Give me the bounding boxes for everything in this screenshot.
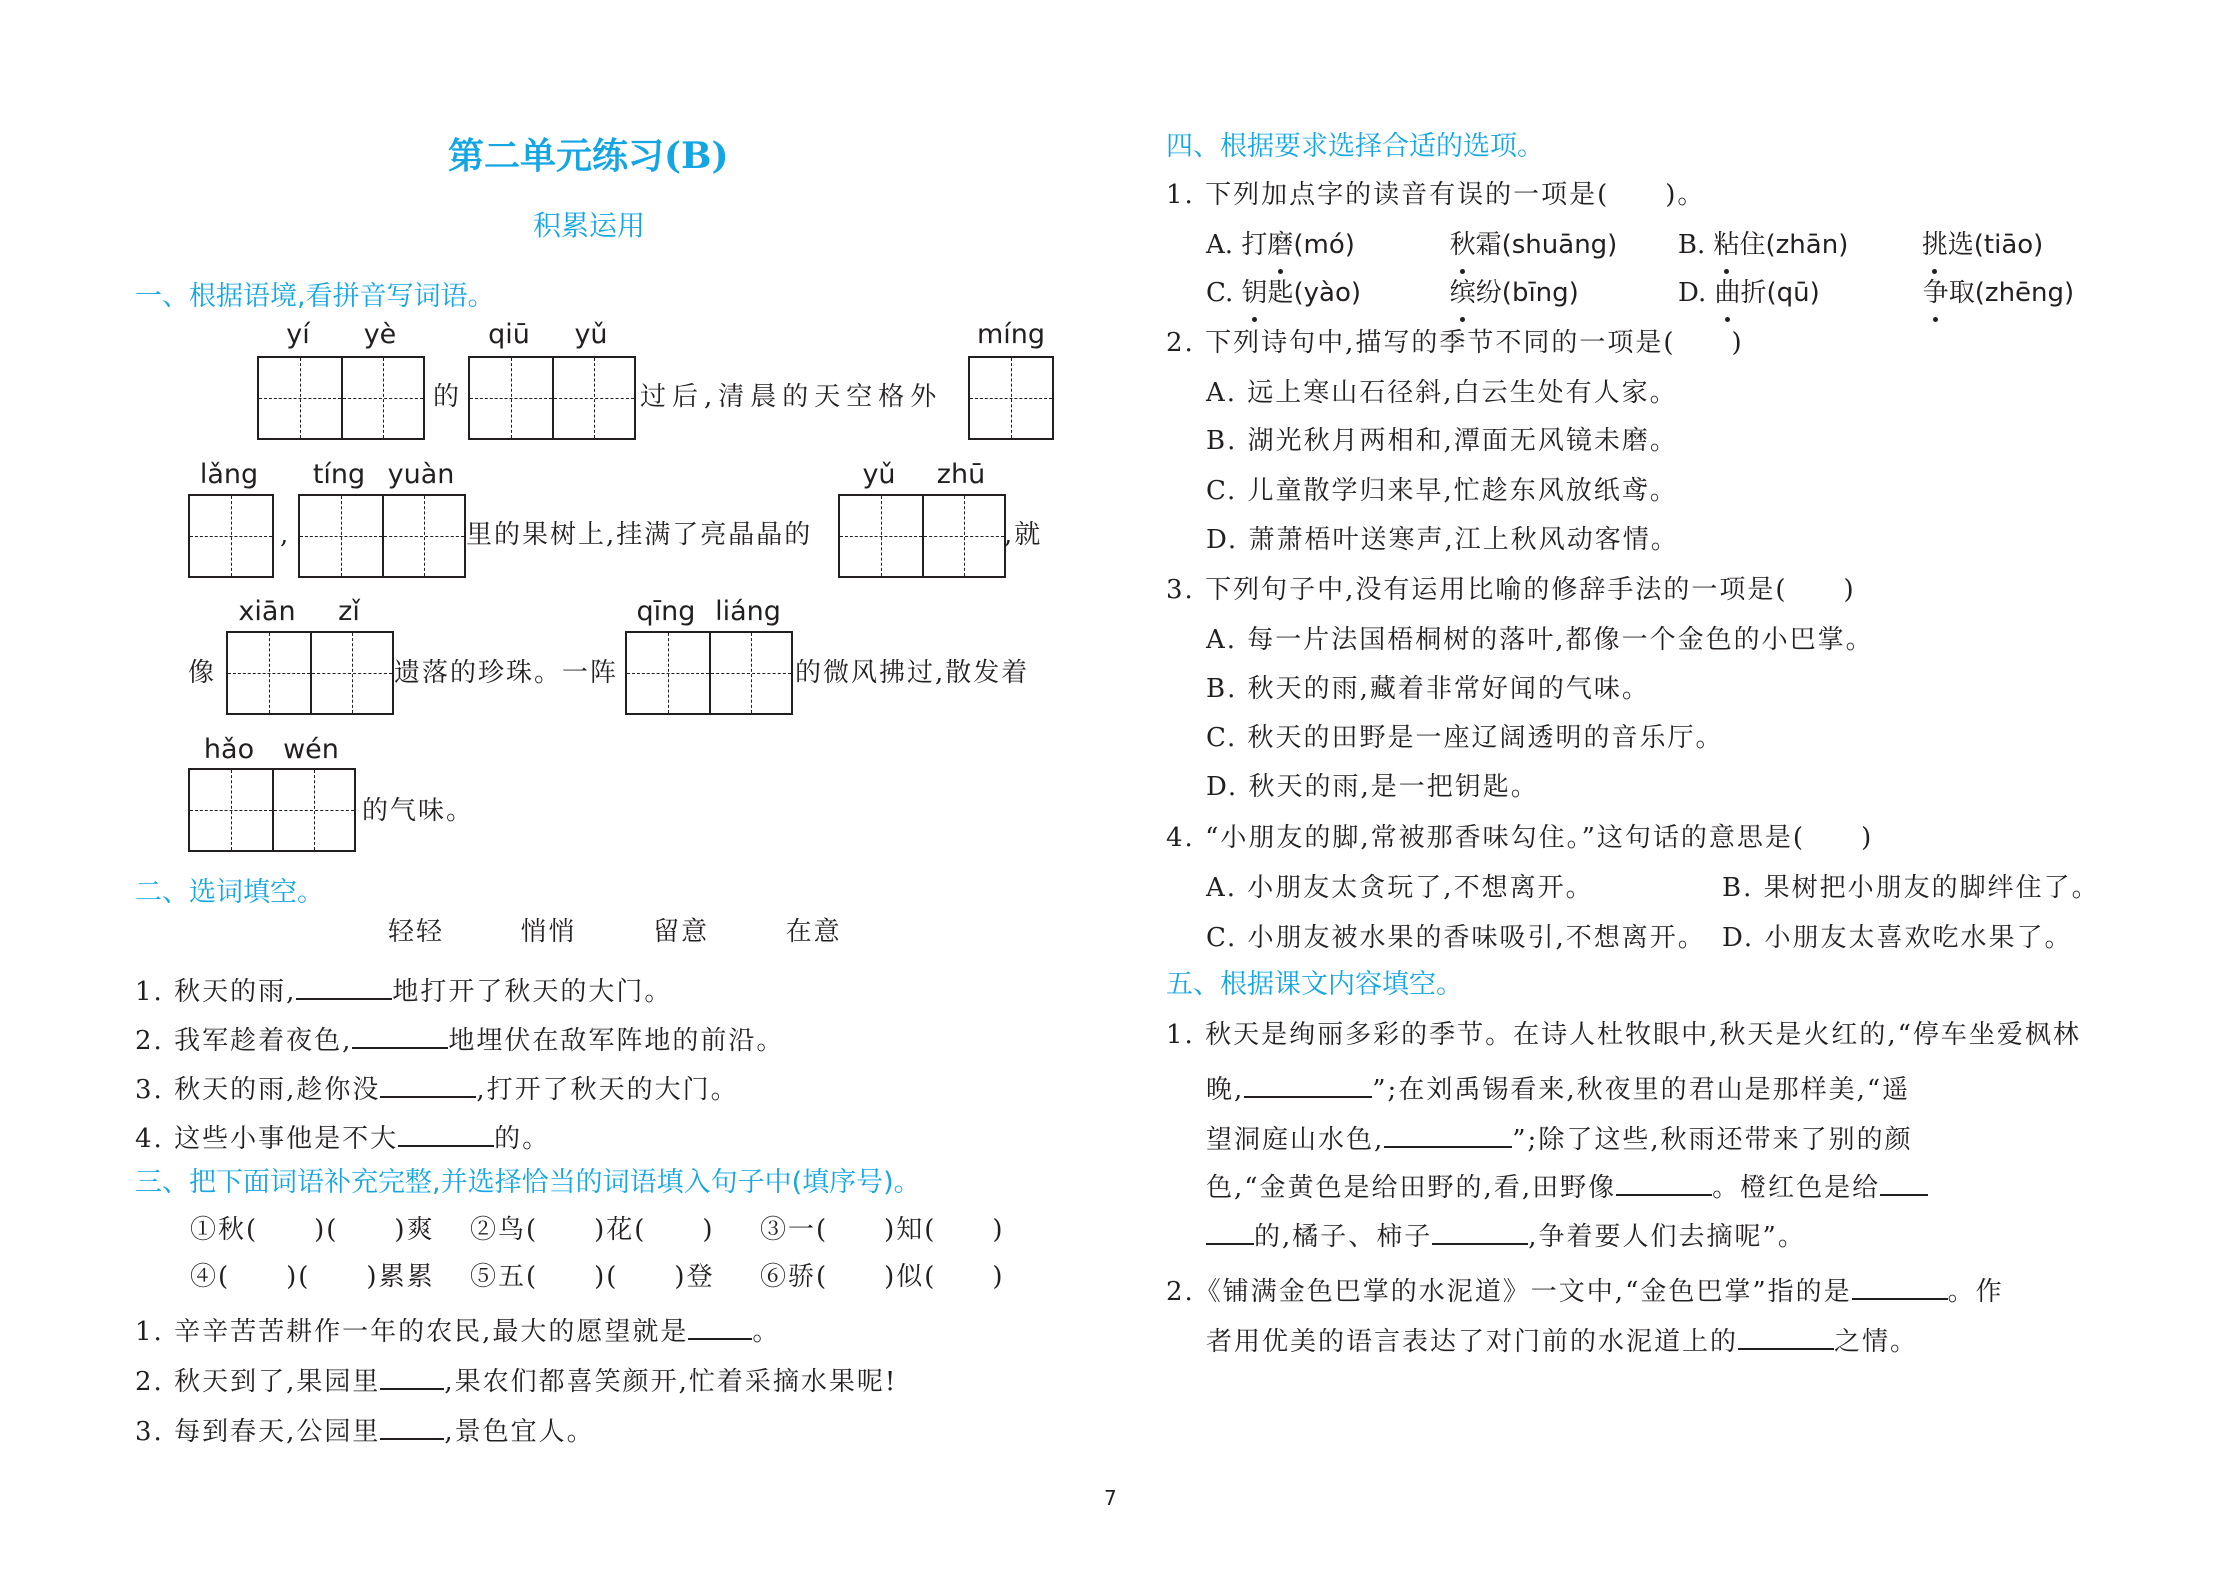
word-pinyin: 粘住(zhān) <box>1713 228 1913 262</box>
option[interactable]: D. 小朋友太喜欢吃水果了。 <box>1722 921 2072 955</box>
option[interactable]: B. 果树把小朋友的脚绊住了。 <box>1722 871 2100 905</box>
section4-heading: 四、根据要求选择合适的选项。 <box>1166 130 1544 164</box>
word-bank-item: 轻轻 <box>388 917 444 947</box>
fill-item: 3. 每到春天,公园里,景色宜人。 <box>135 1410 595 1449</box>
idiom-row-1: ①秋( )( )爽②鸟( )花( )③一( )知( ) <box>190 1213 1005 1247</box>
question-stem: 3. 下列句子中,没有运用比喻的修辞手法的一项是( ) <box>1166 573 1856 607</box>
pinyin-label: hǎo <box>188 735 270 765</box>
idiom-item[interactable]: ⑤五( )( )登 <box>470 1260 760 1294</box>
pinyin-label: yǔ <box>550 320 632 350</box>
writing-grid[interactable] <box>298 494 466 578</box>
word-bank-item: 悄悄 <box>521 917 577 947</box>
item-text: ,景色宜人。 <box>444 1417 594 1447</box>
word-bank-item: 在意 <box>786 917 842 947</box>
fill-item: 1. 秋天的雨,地打开了秋天的大门。 <box>135 970 672 1009</box>
option-label[interactable]: D. <box>1678 278 1706 308</box>
item-number: 1. <box>135 1317 164 1347</box>
item-text: ,打开了秋天的大门。 <box>476 1075 738 1105</box>
option[interactable]: A. 每一片法国梧桐树的落叶,都像一个金色的小巴掌。 <box>1206 623 1874 657</box>
word-bank: 轻轻 悄悄 留意 在意 <box>388 915 842 949</box>
dotted-char: 缤 <box>1450 276 1476 310</box>
answer-blank[interactable] <box>1244 1068 1372 1098</box>
question-stem: 4. “小朋友的脚,常被那香味勾住。”这句话的意思是( ) <box>1166 821 1873 855</box>
sentence-text: 的 <box>433 380 461 414</box>
option-label[interactable]: B. <box>1678 230 1705 260</box>
sentence-text: ,就 <box>1004 518 1042 552</box>
item-text: 者用优美的语言表达了对门前的水泥道上的 <box>1206 1327 1738 1357</box>
dotted-char: 秋 <box>1450 228 1476 262</box>
sentence-text: 的气味。 <box>362 794 474 828</box>
sentence-text: 遗落的珍珠。一阵 <box>394 656 618 690</box>
idiom-item[interactable]: ⑥骄( )似( ) <box>760 1262 1005 1292</box>
option[interactable]: B. 湖光秋月两相和,潭面无风镜未磨。 <box>1206 424 1678 458</box>
item-text: 辛辛苦苦耕作一年的农民,最大的愿望就是 <box>174 1317 688 1347</box>
fill-item: 3. 秋天的雨,趁你没,打开了秋天的大门。 <box>135 1068 739 1107</box>
pinyin-label: yí <box>257 320 339 350</box>
item-number: 4. <box>135 1124 164 1154</box>
pinyin: (tiāo) <box>1974 230 2044 260</box>
item-text: 地埋伏在敌军阵地的前沿。 <box>448 1026 784 1056</box>
answer-blank[interactable] <box>296 970 392 1000</box>
char: 选 <box>1948 230 1974 260</box>
fill-line: 1. 秋天是绚丽多彩的季节。在诗人杜牧眼中,秋天是火红的,“停车坐爱枫林 <box>1166 1018 2081 1052</box>
fill-item: 2. 我军趁着夜色,地埋伏在敌军阵地的前沿。 <box>135 1019 784 1058</box>
item-text: 每到春天,公园里 <box>174 1417 380 1447</box>
option[interactable]: A. 小朋友太贪玩了,不想离开。 <box>1206 871 1594 905</box>
item-text: 我军趁着夜色, <box>174 1026 352 1056</box>
writing-grid[interactable] <box>257 356 425 440</box>
char: 折 <box>1741 278 1767 308</box>
item-text: ”;除了这些,秋雨还带来了别的颜 <box>1512 1125 1912 1155</box>
item-text: ”;在刘禹锡看来,秋夜里的君山是那样美,“遥 <box>1372 1075 1910 1105</box>
idiom-item[interactable]: ①秋( )( )爽 <box>190 1213 470 1247</box>
pinyin-label: wén <box>270 735 352 765</box>
item-text: 这些小事他是不大 <box>174 1124 398 1154</box>
section5-heading: 五、根据课文内容填空。 <box>1166 968 1463 1002</box>
answer-blank[interactable] <box>1852 1270 1948 1300</box>
item-text: 地打开了秋天的大门。 <box>392 977 672 1007</box>
item-number: 3. <box>135 1417 164 1447</box>
item-number: 3. <box>135 1075 164 1105</box>
idiom-row-2: ④( )( )累累⑤五( )( )登⑥骄( )似( ) <box>190 1260 1005 1294</box>
option[interactable]: B. 秋天的雨,藏着非常好闻的气味。 <box>1206 672 1650 706</box>
writing-grid[interactable] <box>838 494 1006 578</box>
word-pinyin: 争取(zhēng) <box>1923 278 2074 308</box>
pinyin: (yào) <box>1294 278 1362 308</box>
word-bank-item: 留意 <box>653 917 709 947</box>
fill-line: 者用优美的语言表达了对门前的水泥道上的之情。 <box>1206 1320 1918 1359</box>
section1-heading: 一、根据语境,看拼音写词语。 <box>135 280 495 314</box>
writing-grid[interactable] <box>468 356 636 440</box>
idiom-item[interactable]: ③一( )知( ) <box>760 1215 1005 1245</box>
char: 打 <box>1241 230 1267 260</box>
word-pinyin: 挑选(tiāo) <box>1922 230 2044 260</box>
fill-line: 晚,”;在刘禹锡看来,秋夜里的君山是那样美,“遥 <box>1206 1068 1910 1107</box>
answer-blank[interactable] <box>1738 1320 1834 1350</box>
answer-blank[interactable] <box>352 1019 448 1049</box>
item-number: 2. <box>135 1026 164 1056</box>
dotted-char: 粘 <box>1713 228 1739 262</box>
sentence-text: 里的果树上,挂满了亮晶晶的 <box>466 518 812 552</box>
pinyin-label: yè <box>339 320 421 350</box>
answer-blank[interactable] <box>1880 1166 1928 1196</box>
idiom-item[interactable]: ④( )( )累累 <box>190 1260 470 1294</box>
answer-blank[interactable] <box>688 1310 752 1340</box>
word-pinyin: 曲折(qū) <box>1714 276 1914 310</box>
answer-blank[interactable] <box>380 1360 444 1390</box>
char: 纷 <box>1476 278 1502 308</box>
word-pinyin: 打磨(mó) <box>1241 228 1441 262</box>
writing-grid[interactable] <box>625 631 793 715</box>
writing-grid[interactable] <box>188 768 356 852</box>
item-text: 望洞庭山水色, <box>1206 1125 1384 1155</box>
pinyin-label: qīng <box>625 597 707 627</box>
option-row-ab: A. 打磨(mó) 秋霜(shuāng) B. 粘住(zhān) 挑选(tiāo… <box>1206 228 2043 262</box>
word-pinyin: 缤纷(bīng) <box>1450 276 1670 310</box>
answer-blank[interactable] <box>398 1117 494 1147</box>
pinyin: (mó) <box>1293 230 1355 260</box>
page-number: 7 <box>1104 1486 1117 1510</box>
item-text: ,争着要人们去摘呢”。 <box>1528 1222 1806 1252</box>
option-label[interactable]: A. <box>1206 230 1233 260</box>
item-text: 之情。 <box>1834 1327 1918 1357</box>
char: 匙 <box>1268 278 1294 308</box>
char: 住 <box>1740 230 1766 260</box>
section3-heading: 三、把下面词语补充完整,并选择恰当的词语填入句子中(填序号)。 <box>135 1166 921 1200</box>
dotted-char: 曲 <box>1714 276 1740 310</box>
fill-line: 的,橘子、柿子,争着要人们去摘呢”。 <box>1206 1215 1806 1254</box>
option-row-cd: C. 钥匙(yào) 缤纷(bīng) D. 曲折(qū) 争取(zhēng) <box>1206 276 2074 310</box>
char: 霜 <box>1476 230 1502 260</box>
item-text: 秋天的雨,趁你没 <box>174 1075 380 1105</box>
idiom-item[interactable]: ②鸟( )花( ) <box>470 1213 760 1247</box>
item-text: 晚, <box>1206 1075 1244 1105</box>
fill-line: 色,“金黄色是给田野的,看,田野像。橙红色是给 <box>1206 1166 1928 1205</box>
word-pinyin: 秋霜(shuāng) <box>1450 228 1670 262</box>
dotted-char: 钥 <box>1242 276 1268 310</box>
pinyin-label: zǐ <box>308 597 390 627</box>
item-text: 的。 <box>494 1124 550 1154</box>
fill-item: 2. 秋天到了,果园里,果农们都喜笑颜开,忙着采摘水果呢! <box>135 1360 897 1399</box>
pinyin-label: xiān <box>226 597 308 627</box>
item-number: 2. <box>135 1367 164 1397</box>
dotted-char: 磨 <box>1267 228 1293 262</box>
section2-heading: 二、选词填空。 <box>135 876 324 910</box>
item-text: 秋天到了,果园里 <box>174 1367 380 1397</box>
pinyin-label: míng <box>968 320 1054 350</box>
item-text: 的,橘子、柿子 <box>1254 1222 1432 1252</box>
answer-blank[interactable] <box>380 1410 444 1440</box>
answer-blank[interactable] <box>380 1068 476 1098</box>
answer-blank[interactable] <box>1206 1215 1254 1245</box>
item-text: 色,“金黄色是给田野的,看,田野像 <box>1206 1173 1616 1203</box>
writing-grid[interactable] <box>188 494 274 578</box>
option-label[interactable]: C. <box>1206 278 1233 308</box>
option[interactable]: C. 儿童散学归来早,忙趁东风放纸鸢。 <box>1206 474 1678 508</box>
sentence-text: 的微风拂过,散发着 <box>795 656 1029 690</box>
item-text: 。 <box>752 1317 780 1347</box>
pinyin: (qū) <box>1767 278 1820 308</box>
pinyin: (zhān) <box>1766 230 1849 260</box>
section-subtitle: 积累运用 <box>533 204 645 244</box>
option[interactable]: D. 秋天的雨,是一把钥匙。 <box>1206 770 1539 804</box>
pinyin-label: yuàn <box>380 460 462 490</box>
fill-line: 2.《铺满金色巴掌的水泥道》一文中,“金色巴掌”指的是。作 <box>1166 1270 2004 1309</box>
pinyin-label: qiū <box>468 320 550 350</box>
sentence-text: 像 <box>188 656 216 690</box>
pinyin-label: yǔ <box>838 460 920 490</box>
item-text: ,果农们都喜笑颜开,忙着采摘水果呢! <box>444 1367 897 1397</box>
fill-line: 望洞庭山水色,”;除了这些,秋雨还带来了别的颜 <box>1206 1118 1913 1157</box>
pinyin-label: zhū <box>920 460 1002 490</box>
item-text: 。作 <box>1948 1277 2004 1307</box>
pinyin-label: lǎng <box>188 460 270 490</box>
answer-blank[interactable] <box>1616 1166 1712 1196</box>
pinyin-label: liáng <box>707 597 789 627</box>
dotted-char: 挑 <box>1922 228 1948 262</box>
sentence-text: 过后,清晨的天空格外 <box>640 380 942 414</box>
pinyin: (zhēng) <box>1975 278 2074 308</box>
fill-item: 4. 这些小事他是不大的。 <box>135 1117 550 1156</box>
item-text: 秋天的雨, <box>174 977 296 1007</box>
writing-grid[interactable] <box>968 356 1054 440</box>
option[interactable]: A. 远上寒山石径斜,白云生处有人家。 <box>1206 376 1678 410</box>
question-stem: 2. 下列诗句中,描写的季节不同的一项是( ) <box>1166 326 1744 360</box>
option[interactable]: C. 秋天的田野是一座辽阔透明的音乐厅。 <box>1206 721 1724 755</box>
dotted-char: 争 <box>1923 276 1949 310</box>
item-text: 。橙红色是给 <box>1712 1173 1880 1203</box>
writing-grid[interactable] <box>226 631 394 715</box>
pinyin: (shuāng) <box>1502 230 1618 260</box>
option[interactable]: D. 萧萧梧叶送寒声,江上秋风动客情。 <box>1206 523 1679 557</box>
item-number: 1. <box>135 977 164 1007</box>
word-pinyin: 钥匙(yào) <box>1242 276 1442 310</box>
pinyin-label: tíng <box>298 460 380 490</box>
pinyin: (bīng) <box>1502 278 1579 308</box>
page-title: 第二单元练习(B) <box>448 128 729 179</box>
sentence-text: , <box>280 518 290 552</box>
answer-blank[interactable] <box>1384 1118 1512 1148</box>
question-stem: 1. 下列加点字的读音有误的一项是( )。 <box>1166 178 1705 212</box>
answer-blank[interactable] <box>1432 1215 1528 1245</box>
item-text: 2.《铺满金色巴掌的水泥道》一文中,“金色巴掌”指的是 <box>1166 1277 1852 1307</box>
option[interactable]: C. 小朋友被水果的香味吸引,不想离开。 <box>1206 921 1706 955</box>
fill-item: 1. 辛辛苦苦耕作一年的农民,最大的愿望就是。 <box>135 1310 780 1349</box>
char: 取 <box>1949 278 1975 308</box>
